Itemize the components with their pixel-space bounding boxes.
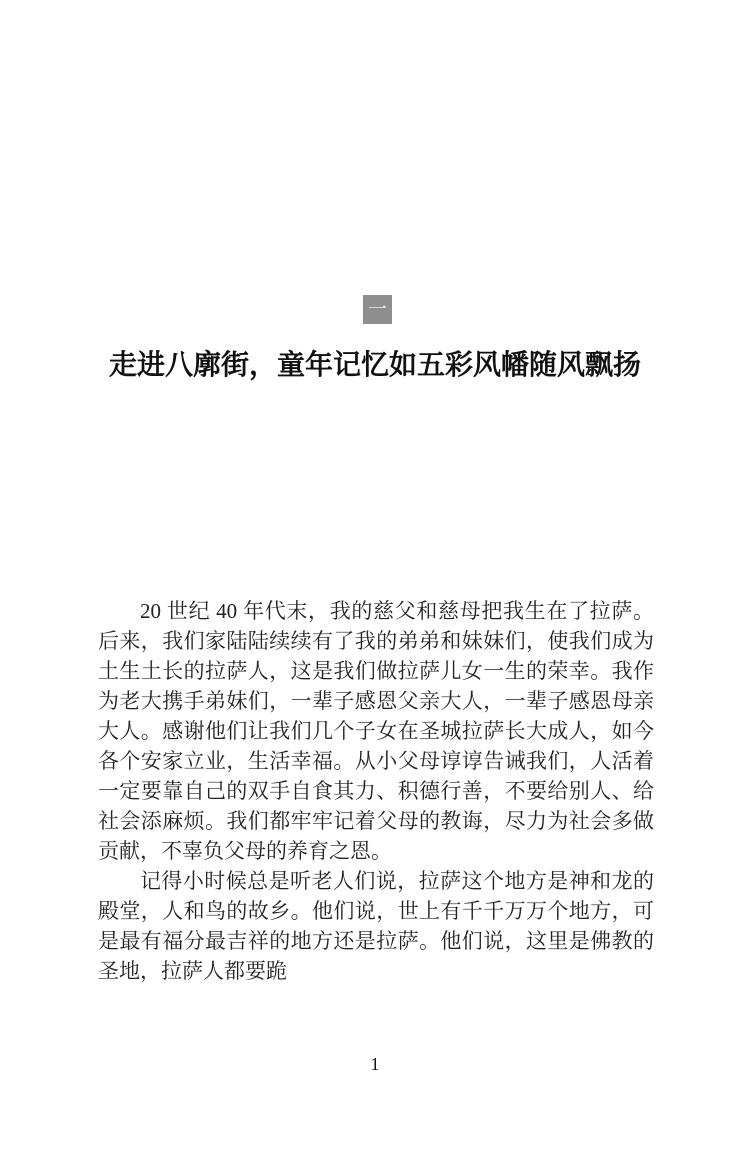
chapter-number-box: 一 bbox=[363, 295, 392, 324]
body-paragraph: 20 世纪 40 年代末，我的慈父和慈母把我生在了拉萨。后来，我们家陆陆续续有了… bbox=[98, 596, 654, 866]
book-page: 一 走进八廓街，童年记忆如五彩风幡随风飘扬 20 世纪 40 年代末，我的慈父和… bbox=[0, 0, 750, 1150]
page-body: 20 世纪 40 年代末，我的慈父和慈母把我生在了拉萨。后来，我们家陆陆续续有了… bbox=[98, 596, 654, 986]
page-number: 1 bbox=[0, 1054, 750, 1075]
chapter-title: 走进八廓街，童年记忆如五彩风幡随风飘扬 bbox=[0, 343, 750, 383]
chapter-number-label: 一 bbox=[368, 300, 387, 319]
body-paragraph: 记得小时候总是听老人们说，拉萨这个地方是神和龙的殿堂，人和鸟的故乡。他们说，世上… bbox=[98, 866, 654, 986]
